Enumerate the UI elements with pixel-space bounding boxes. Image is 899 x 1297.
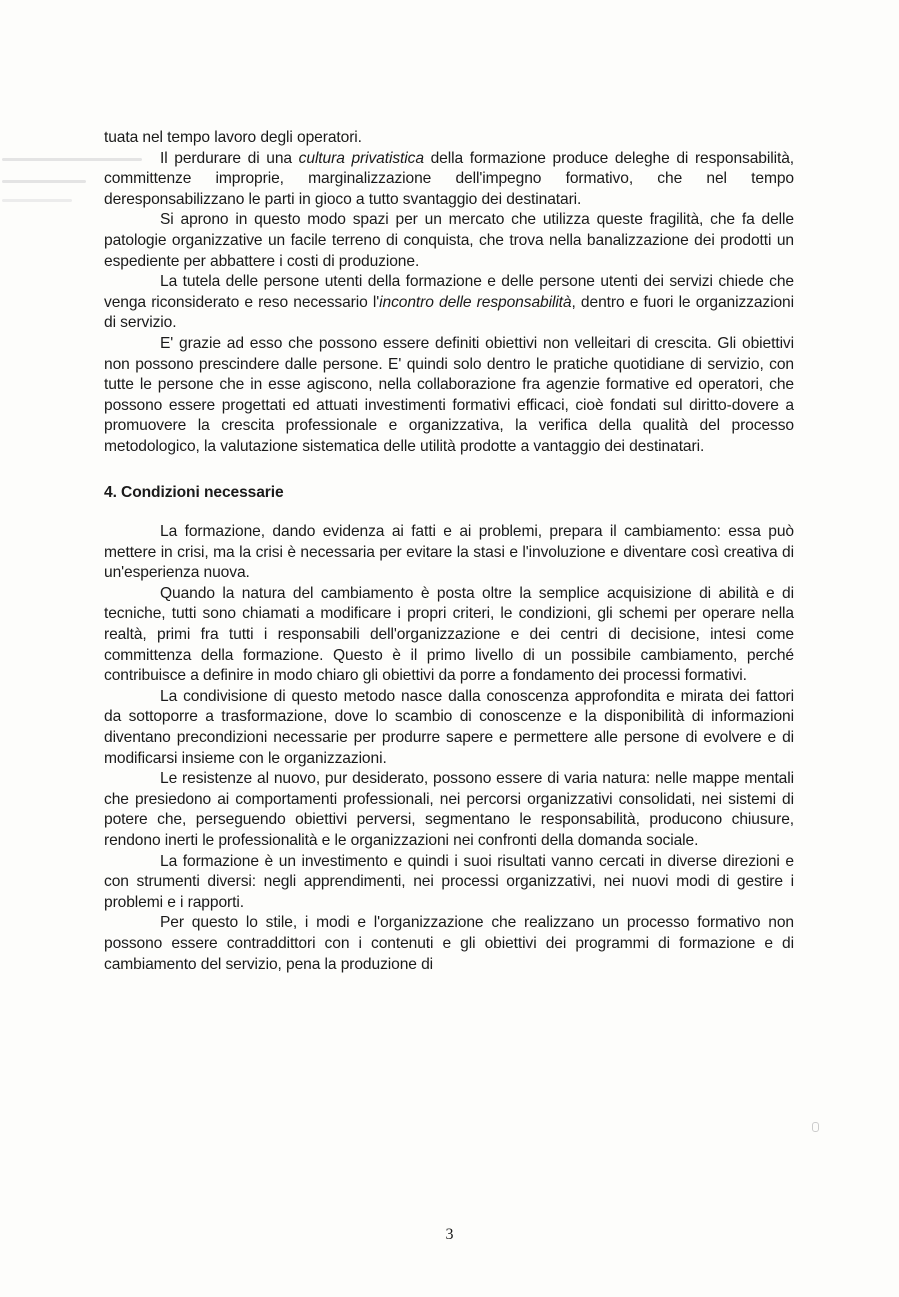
document-page: tuata nel tempo lavoro degli operatori.I… xyxy=(104,128,794,975)
body-text-before-heading: tuata nel tempo lavoro degli operatori.I… xyxy=(104,128,794,458)
text-run: Per questo lo stile, i modi e l'organizz… xyxy=(104,914,794,972)
italic-phrase: incontro delle respon­sabilità xyxy=(379,294,571,311)
scan-smudge xyxy=(2,180,86,183)
section-heading: 4. Condizioni necessarie xyxy=(104,483,794,504)
text-run: Si aprono in questo modo spazi per un me… xyxy=(104,211,794,269)
paragraph: La condivisione di questo metodo nasce d… xyxy=(104,687,794,769)
paragraph: E' grazie ad esso che possono essere def… xyxy=(104,334,794,458)
text-run: La formazione è un investimento e quindi… xyxy=(104,853,794,911)
text-run: E' grazie ad esso che possono essere def… xyxy=(104,335,794,455)
paragraph: La formazione, dando evidenza ai fatti e… xyxy=(104,522,794,584)
paragraph: tuata nel tempo lavoro degli operatori. xyxy=(104,128,794,149)
page-number: 3 xyxy=(0,1226,899,1244)
paragraph: Quando la natura del cambiamento è posta… xyxy=(104,584,794,687)
paragraph: Il perdurare di una cultura privatistica… xyxy=(104,149,794,211)
paragraph: Si aprono in questo modo spazi per un me… xyxy=(104,210,794,272)
body-text-after-heading: La formazione, dando evidenza ai fatti e… xyxy=(104,522,794,975)
text-run: La condivisione di questo metodo nasce d… xyxy=(104,688,794,767)
italic-phrase: cultura privatistica xyxy=(299,150,424,167)
scan-speck xyxy=(812,1122,819,1132)
scan-smudge xyxy=(2,199,72,202)
text-run: tuata nel tempo lavoro degli operatori. xyxy=(104,129,362,146)
paragraph: Le resistenze al nuovo, pur desiderato, … xyxy=(104,769,794,851)
paragraph: La tutela delle persone utenti della for… xyxy=(104,272,794,334)
paragraph: Per questo lo stile, i modi e l'organizz… xyxy=(104,913,794,975)
text-run: Le resistenze al nuovo, pur desiderato, … xyxy=(104,770,794,849)
paragraph: La formazione è un investimento e quindi… xyxy=(104,852,794,914)
text-run: Quando la natura del cambiamento è posta… xyxy=(104,585,794,684)
text-run: La formazione, dando evidenza ai fatti e… xyxy=(104,523,794,581)
text-run: Il perdurare di una xyxy=(160,150,299,167)
